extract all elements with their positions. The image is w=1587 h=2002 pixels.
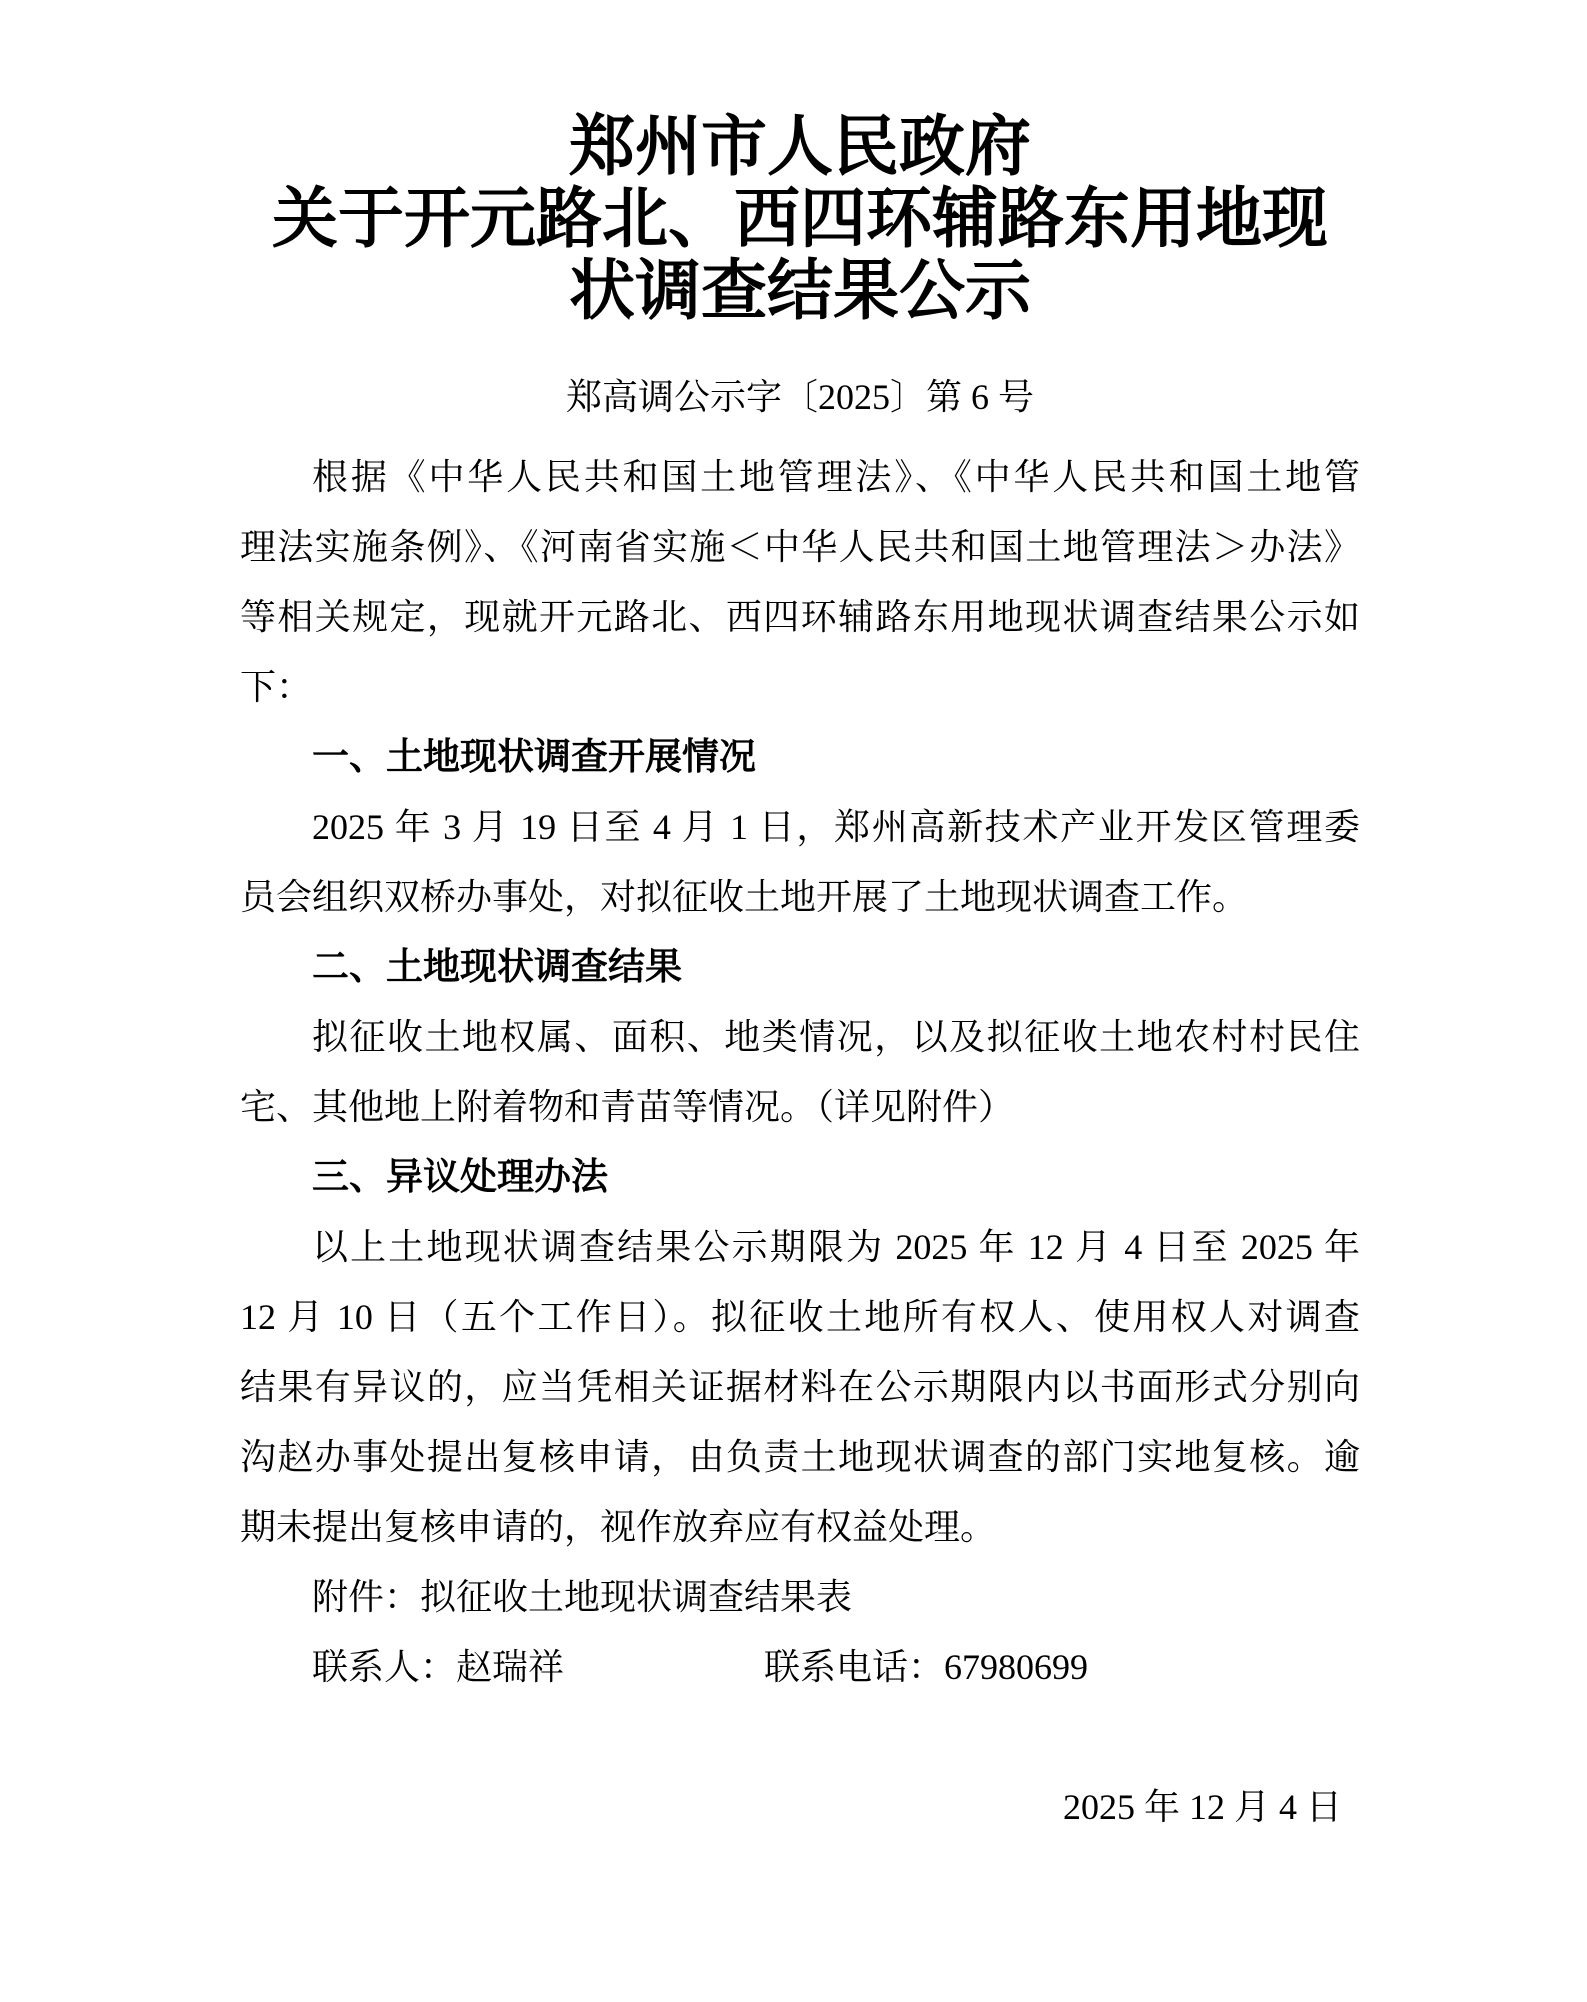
contact-person-label: 联系人： [312,1647,456,1687]
text-line: 宅、其他地上附着物和青苗等情况。（详见附件） [240,1072,1360,1142]
text-line: 等相关规定，现就开元路北、西四环辅路东用地现状调查结果公示如 [240,582,1360,652]
intro-paragraph: 根据《中华人民共和国土地管理法》、《中华人民共和国土地管 理法实施条例》、《河南… [240,442,1360,722]
section-3-body: 以上土地现状调查结果公示期限为 2025 年 12 月 4 日至 2025 年 … [240,1212,1360,1562]
section-2-body: 拟征收土地权属、面积、地类情况，以及拟征收土地农村村民住 宅、其他地上附着物和青… [240,1002,1360,1142]
text-line: 2025 年 3 月 19 日至 4 月 1 日，郑州高新技术产业开发区管理委 [240,792,1360,862]
issue-date: 2025 年 12 月 4 日 [240,1772,1360,1842]
notice-document: 郑州市人民政府 关于开元路北、西四环辅路东用地现 状调查结果公示 郑高调公示字〔… [240,112,1360,1842]
title-line-1: 郑州市人民政府 [240,112,1360,184]
text-line: 结果有异议的，应当凭相关证据材料在公示期限内以书面形式分别向 [240,1352,1360,1422]
document-body: 根据《中华人民共和国土地管理法》、《中华人民共和国土地管 理法实施条例》、《河南… [240,442,1360,1842]
text-line: 理法实施条例》、《河南省实施＜中华人民共和国土地管理法＞办法》 [240,512,1360,582]
text-line: 12 月 10 日（五个工作日）。拟征收土地所有权人、使用权人对调查 [240,1282,1360,1352]
text-line: 以上土地现状调查结果公示期限为 2025 年 12 月 4 日至 2025 年 [240,1212,1360,1282]
text-line: 下： [240,652,1360,722]
attachment-line: 附件：拟征收土地现状调查结果表 [240,1562,1360,1632]
contact-person-name: 赵瑞祥 [456,1647,564,1687]
text-line: 拟征收土地权属、面积、地类情况，以及拟征收土地农村村民住 [240,1002,1360,1072]
title-line-2: 关于开元路北、西四环辅路东用地现 [240,184,1360,256]
section-1-heading: 一、土地现状调查开展情况 [240,722,1360,792]
text-line: 沟赵办事处提出复核申请，由负责土地现状调查的部门实地复核。逾 [240,1422,1360,1492]
document-number: 郑高调公示字〔2025〕第 6 号 [240,362,1360,432]
title-line-3: 状调查结果公示 [240,256,1360,328]
contact-phone-label: 联系电话： [764,1647,944,1687]
contact-phone-number: 67980699 [944,1647,1088,1687]
contact-line: 联系人：赵瑞祥联系电话：67980699 [240,1632,1360,1702]
text-line: 期未提出复核申请的，视作放弃应有权益处理。 [240,1492,1360,1562]
section-3-heading: 三、异议处理办法 [240,1142,1360,1212]
document-page: 郑州市人民政府 关于开元路北、西四环辅路东用地现 状调查结果公示 郑高调公示字〔… [0,0,1587,2002]
text-line: 根据《中华人民共和国土地管理法》、《中华人民共和国土地管 [240,442,1360,512]
document-title: 郑州市人民政府 关于开元路北、西四环辅路东用地现 状调查结果公示 [240,112,1360,328]
section-1-body: 2025 年 3 月 19 日至 4 月 1 日，郑州高新技术产业开发区管理委 … [240,792,1360,932]
text-line: 员会组织双桥办事处，对拟征收土地开展了土地现状调查工作。 [240,862,1360,932]
section-2-heading: 二、土地现状调查结果 [240,932,1360,1002]
